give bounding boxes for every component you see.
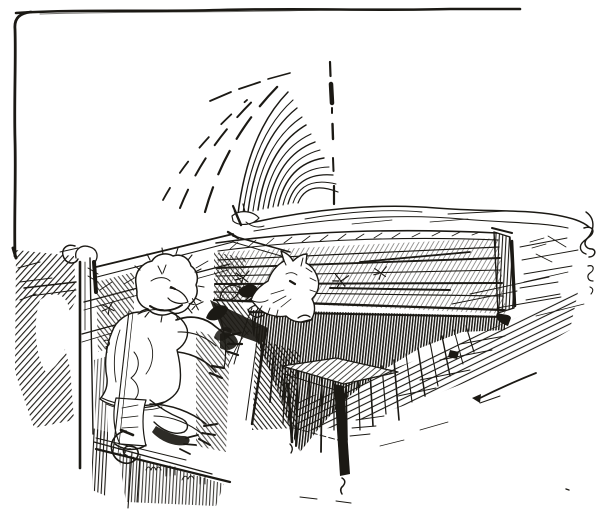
illustration-canvas: Storybook pen-and-ink illustration bbox=[0, 0, 600, 510]
illustration-page: Storybook pen-and-ink illustration bbox=[0, 0, 600, 510]
